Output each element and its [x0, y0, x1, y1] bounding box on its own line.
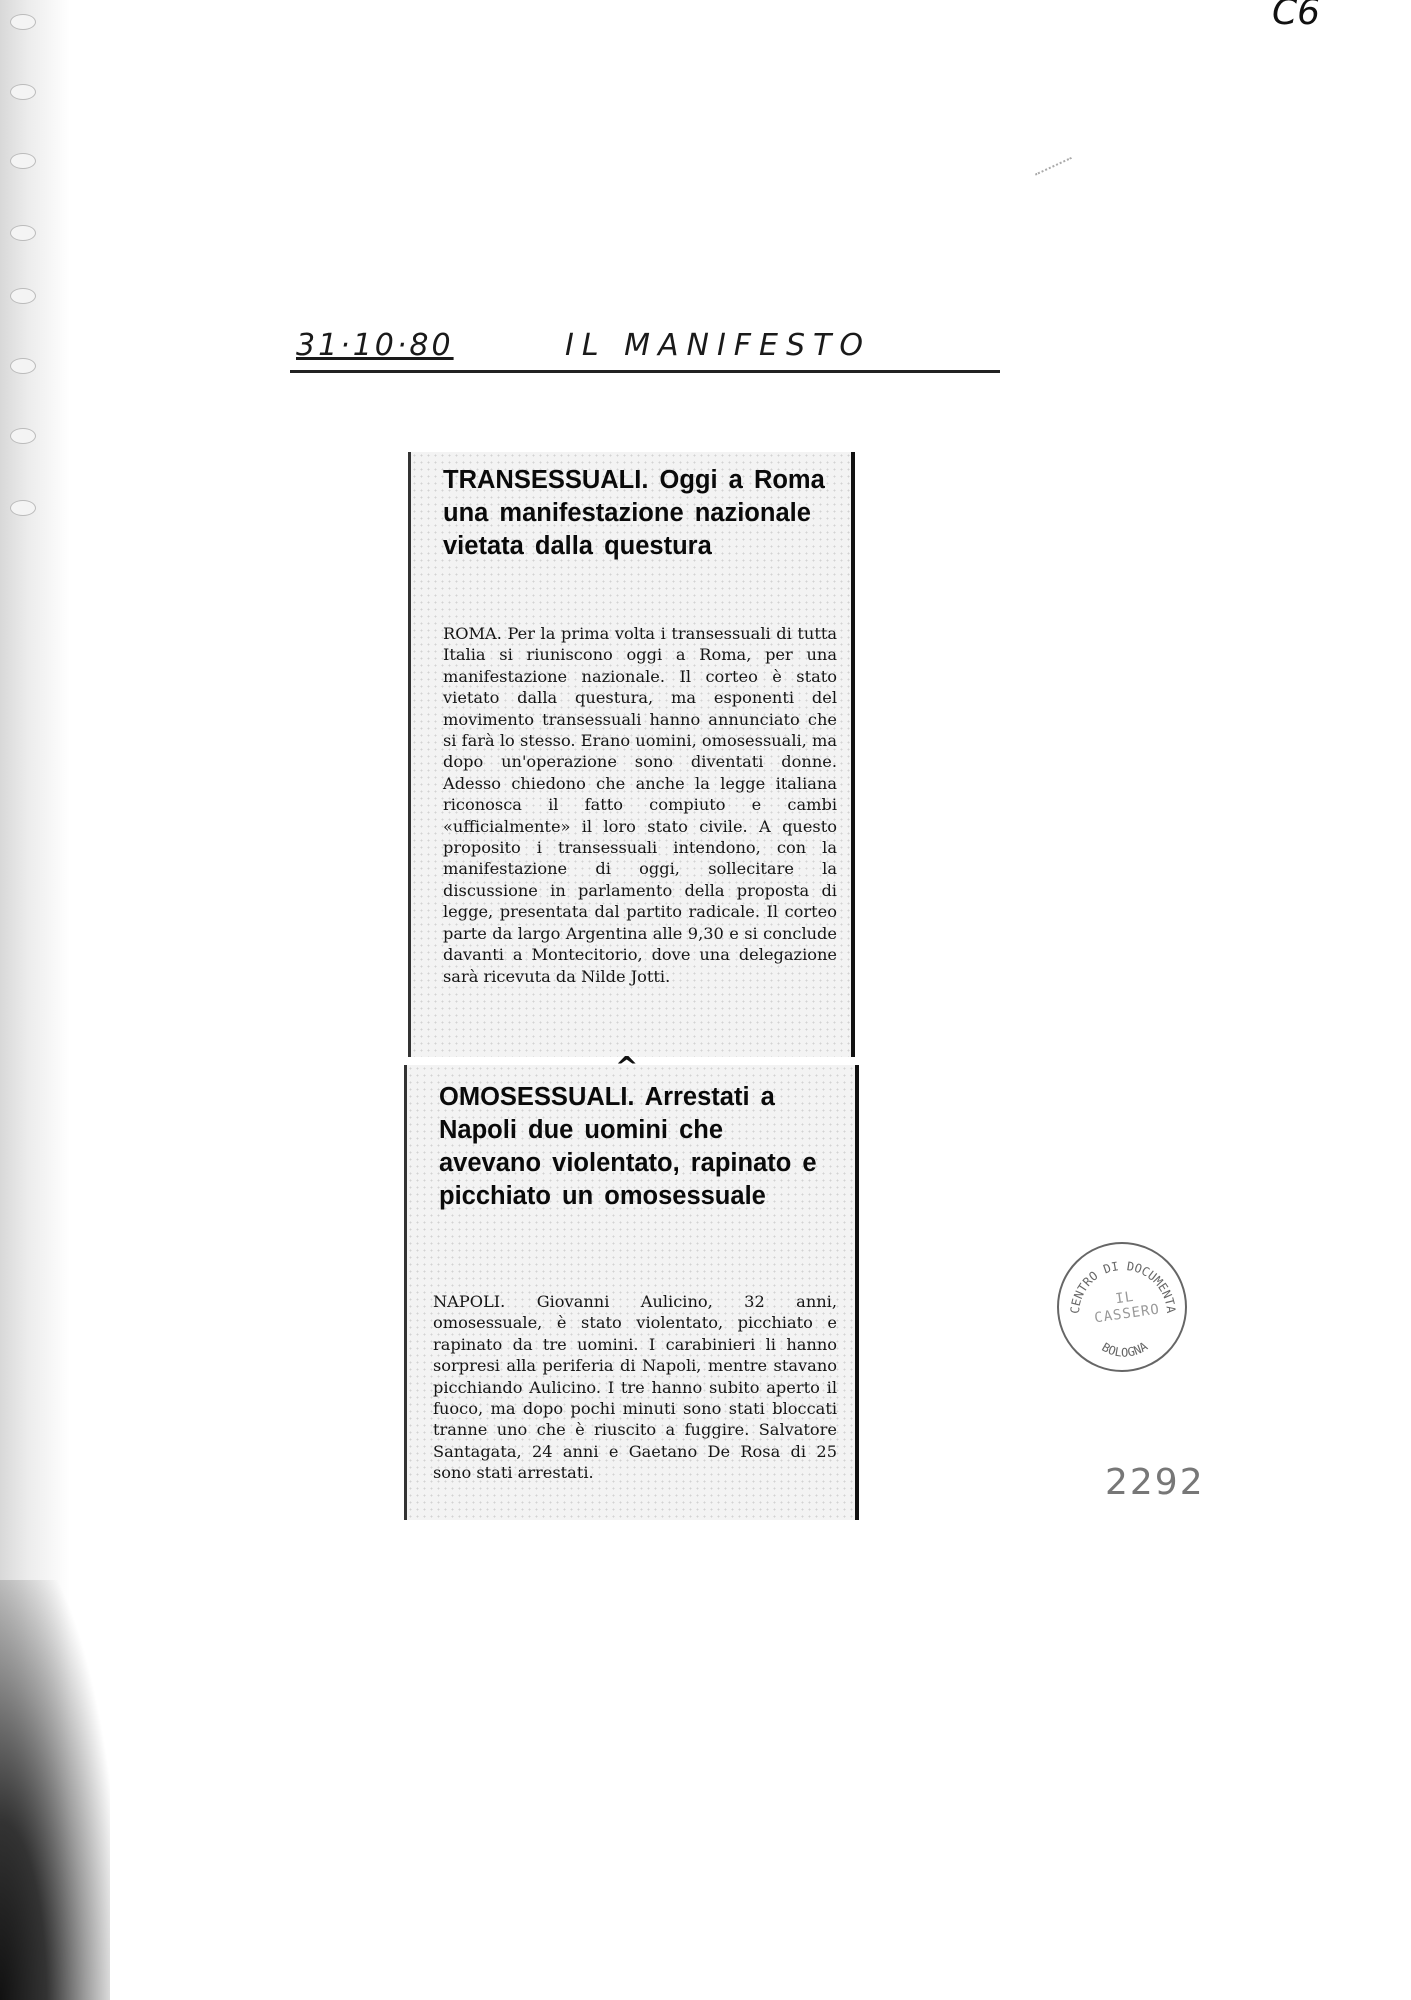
punch-hole	[10, 153, 36, 169]
stamp-bottom-text: BOLOGNA	[1099, 1339, 1150, 1360]
ink-smudge	[1028, 142, 1072, 175]
article-headline: TRANSESSUALI. Oggi a Roma una manifestaz…	[443, 464, 827, 563]
punch-hole	[10, 288, 36, 304]
punch-hole	[10, 225, 36, 241]
scan-shadow	[0, 1580, 110, 2000]
corner-annotation: C6	[1272, 0, 1320, 33]
archive-number: 2292	[1105, 1462, 1205, 1503]
news-clipping-transessuali: TRANSESSUALI. Oggi a Roma una manifestaz…	[408, 452, 855, 1057]
newspaper-name: IL MANIFESTO	[565, 328, 871, 363]
punch-hole	[10, 14, 36, 30]
news-clipping-omosessuali: OMOSESSUALI. Arrestati a Napoli due uomi…	[404, 1065, 859, 1520]
article-body: NAPOLI. Giovanni Aulicino, 32 anni, omos…	[433, 1291, 837, 1484]
article-headline: OMOSESSUALI. Arrestati a Napoli due uomi…	[439, 1081, 831, 1213]
article-body: ROMA. Per la prima volta i transessuali …	[443, 623, 837, 987]
clipping-date: 31·10·80	[296, 328, 454, 363]
punch-hole	[10, 84, 36, 100]
handwritten-header: 31·10·80 IL MANIFESTO	[290, 330, 1000, 373]
archive-stamp: CENTRO DI DOCUMENTAZIONE BOLOGNA IL CASS…	[1057, 1242, 1187, 1372]
svg-text:BOLOGNA: BOLOGNA	[1099, 1339, 1150, 1360]
punch-hole	[10, 358, 36, 374]
punch-hole	[10, 428, 36, 444]
punch-hole	[10, 500, 36, 516]
